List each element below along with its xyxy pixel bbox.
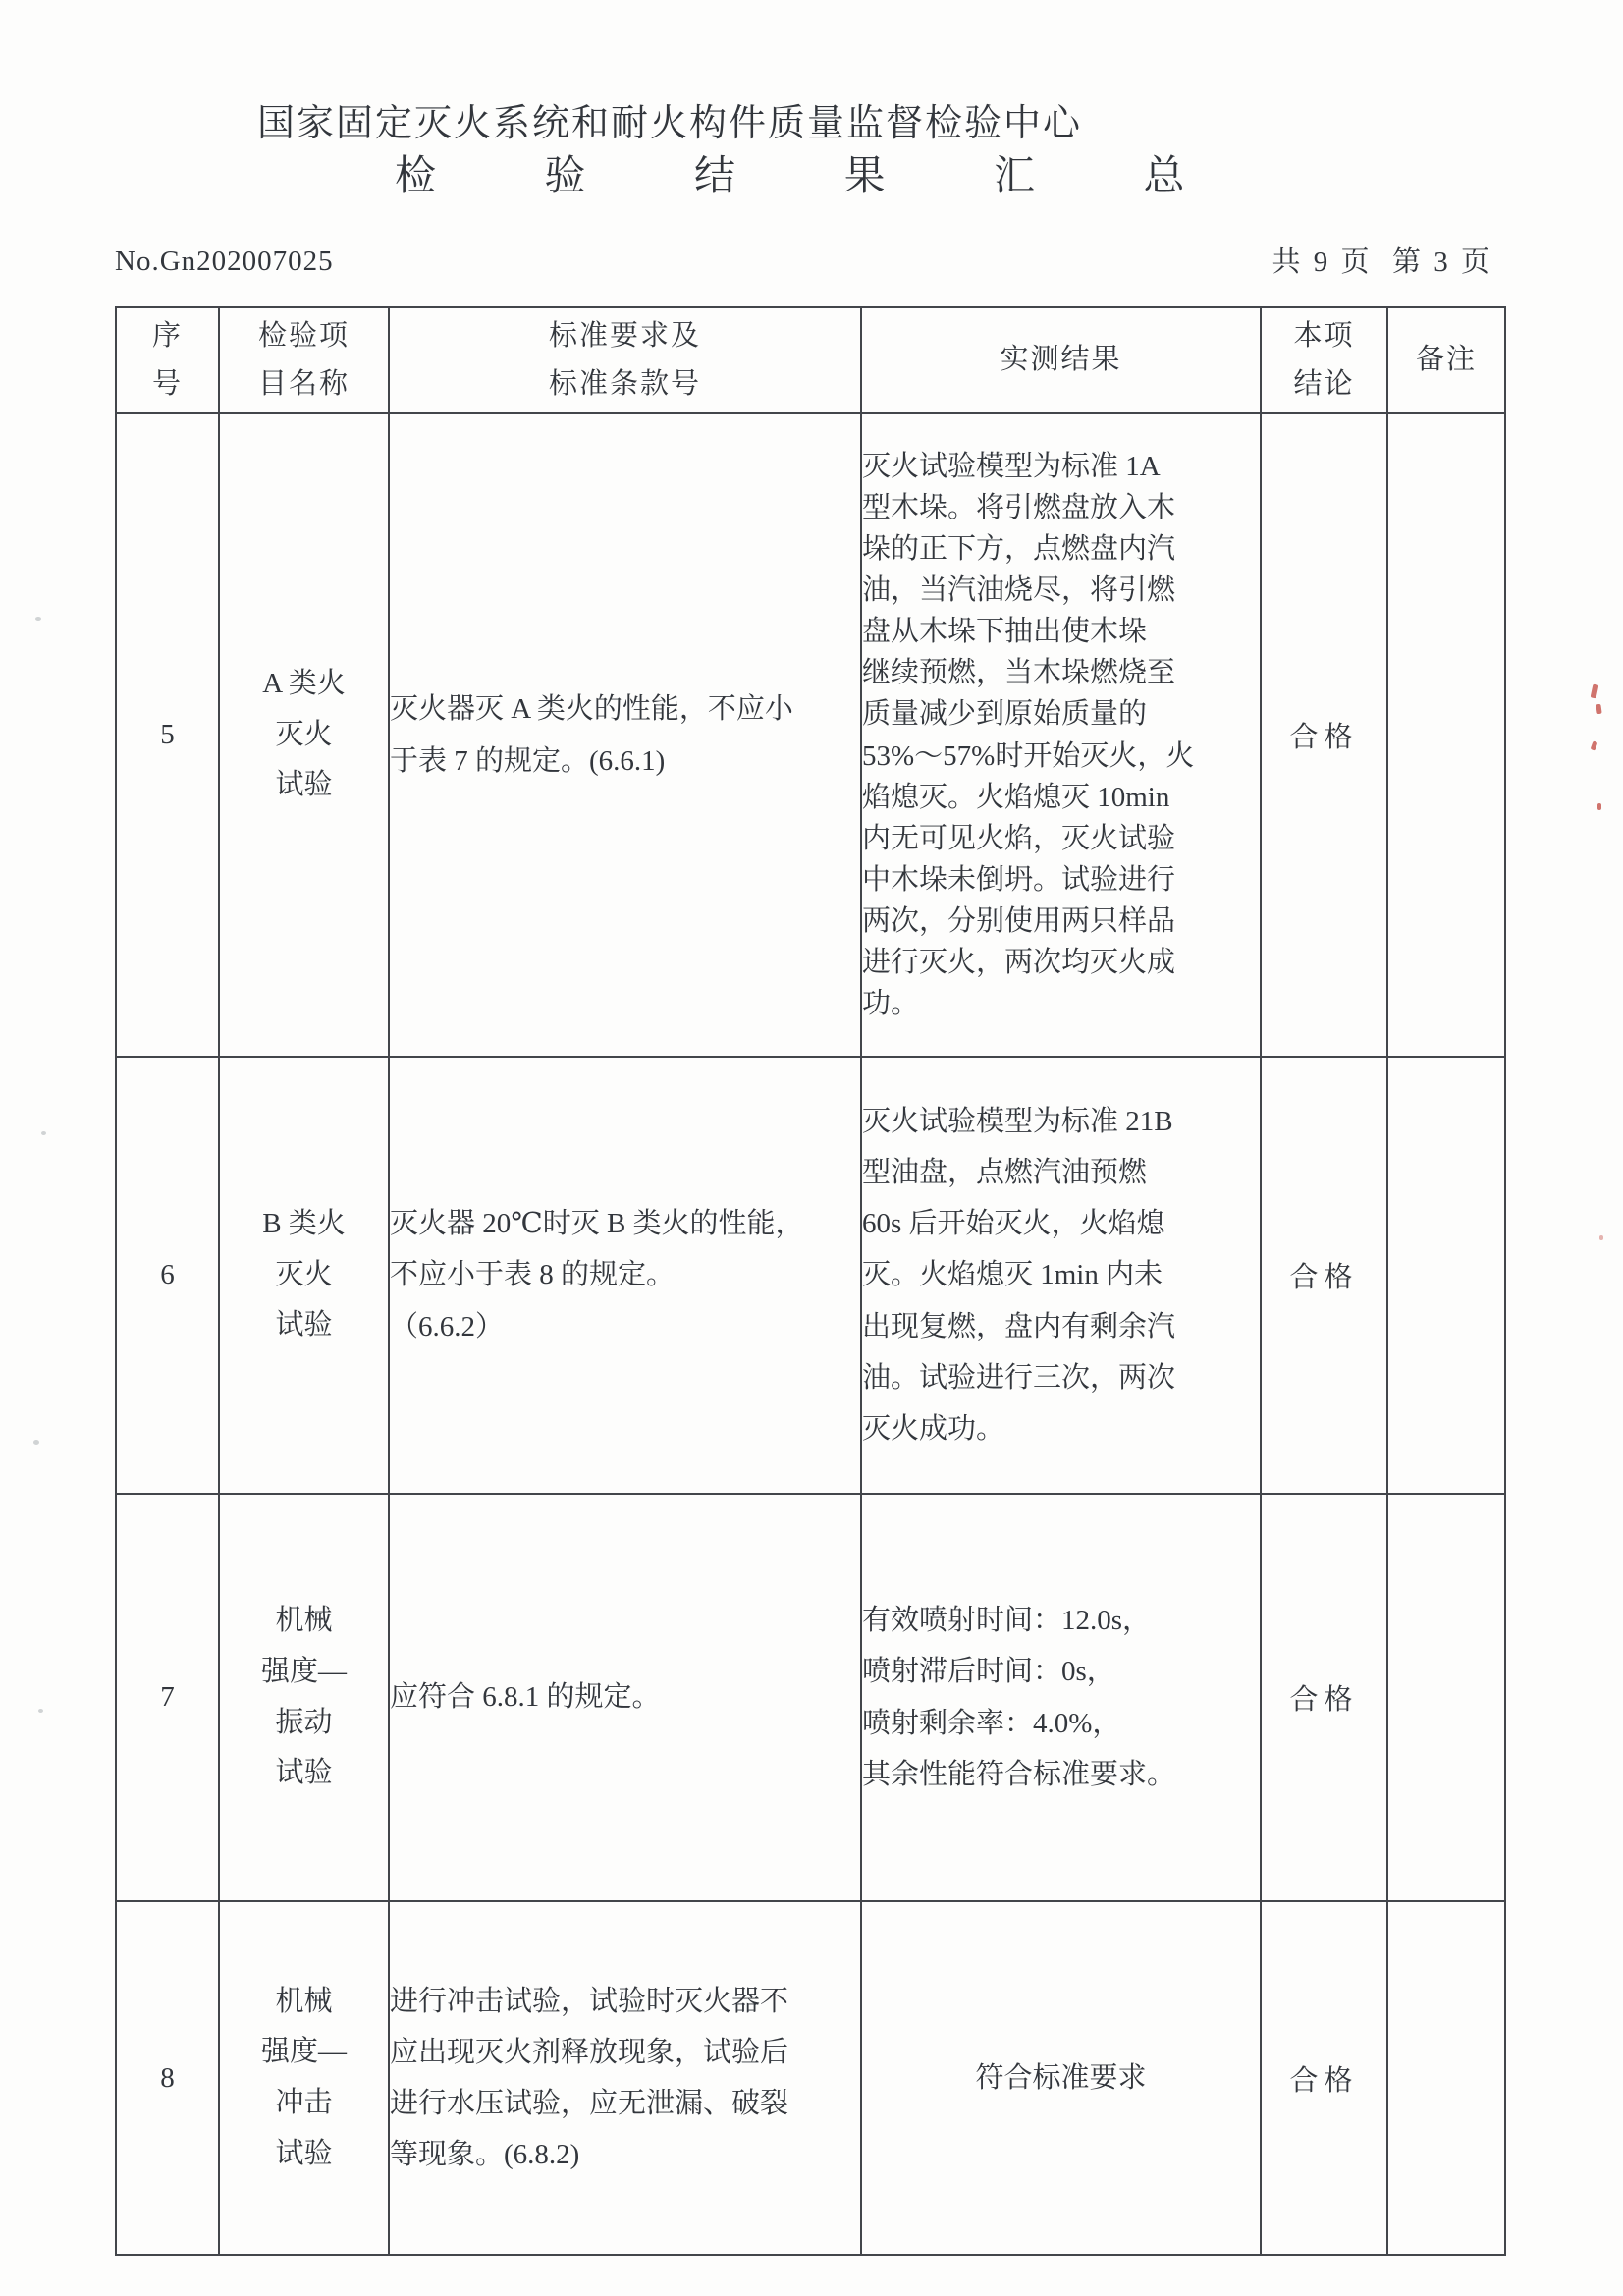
table-row: 6 B 类火 灭火 试验 灭火器 20℃时灭 B 类火的性能， 不应小于表 8 … — [116, 1057, 1505, 1494]
red-ink-speck — [1597, 803, 1601, 810]
row-item-name: B 类火 灭火 试验 — [219, 1057, 389, 1494]
scan-speck — [41, 1131, 46, 1135]
row-seq: 5 — [116, 413, 219, 1057]
row-item-name: 机械 强度— 振动 试验 — [219, 1494, 389, 1901]
scan-speck — [33, 1440, 39, 1445]
table-row: 7 机械 强度— 振动 试验 应符合 6.8.1 的规定。 有效喷射时间：12.… — [116, 1494, 1505, 1901]
row-item-name: A 类火 灭火 试验 — [219, 413, 389, 1057]
row-conclusion: 合格 — [1261, 1494, 1387, 1901]
row-conclusion: 合格 — [1261, 1901, 1387, 2255]
table-row: 5 A 类火 灭火 试验 灭火器灭 A 类火的性能，不应小 于表 7 的规定。(… — [116, 413, 1505, 1057]
row-seq: 7 — [116, 1494, 219, 1901]
row-seq: 8 — [116, 1901, 219, 2255]
row-conclusion: 合格 — [1261, 1057, 1387, 1494]
row-remark — [1387, 1057, 1505, 1494]
row-remark — [1387, 1901, 1505, 2255]
row-seq: 6 — [116, 1057, 219, 1494]
red-ink-speck — [1596, 704, 1601, 715]
row-result: 灭火试验模型为标准 21B 型油盘，点燃汽油预燃 60s 后开始灭火，火焰熄 灭… — [861, 1057, 1261, 1494]
page-subtitle: 检 验 结 果 汇 总 — [395, 143, 1234, 202]
page-title: 国家固定灭火系统和耐火构件质量监督检验中心 — [257, 92, 1082, 146]
row-result: 符合标准要求 — [861, 1901, 1261, 2255]
row-remark — [1387, 413, 1505, 1057]
row-result: 灭火试验模型为标准 1A 型木垛。将引燃盘放入木 垛的正下方，点燃盘内汽 油，当… — [861, 413, 1261, 1057]
col-header-seq: 序 号 — [116, 307, 219, 413]
row-remark — [1387, 1494, 1505, 1901]
row-result: 有效喷射时间：12.0s， 喷射滞后时间：0s， 喷射剩余率：4.0%， 其余性… — [861, 1494, 1261, 1901]
col-header-requirement: 标准要求及 标准条款号 — [389, 307, 861, 413]
row-requirement: 应符合 6.8.1 的规定。 — [389, 1494, 861, 1901]
inspection-report-page: 国家固定灭火系统和耐火构件质量监督检验中心 检 验 结 果 汇 总 No.Gn2… — [0, 0, 1623, 2296]
table-header-row: 序 号 检验项 目名称 标准要求及 标准条款号 实测结果 本项 结论 备注 — [116, 307, 1505, 413]
scan-speck — [35, 617, 41, 621]
table-row: 8 机械 强度— 冲击 试验 进行冲击试验，试验时灭火器不 应出现灭火剂释放现象… — [116, 1901, 1505, 2255]
col-header-conclusion: 本项 结论 — [1261, 307, 1387, 413]
row-requirement: 进行冲击试验，试验时灭火器不 应出现灭火剂释放现象，试验后 进行水压试验，应无泄… — [389, 1901, 861, 2255]
row-requirement: 灭火器灭 A 类火的性能，不应小 于表 7 的规定。(6.6.1) — [389, 413, 861, 1057]
scan-speck — [38, 1709, 43, 1713]
red-ink-speck — [1591, 684, 1599, 699]
report-number: No.Gn202007025 — [115, 246, 334, 278]
row-requirement: 灭火器 20℃时灭 B 类火的性能， 不应小于表 8 的规定。 （6.6.2） — [389, 1057, 861, 1494]
red-ink-speck — [1591, 740, 1598, 750]
col-header-item: 检验项 目名称 — [219, 307, 389, 413]
page-number-info: 共 9 页 第 3 页 — [1271, 240, 1492, 280]
red-ink-speck — [1599, 1235, 1603, 1240]
row-item-name: 机械 强度— 冲击 试验 — [219, 1901, 389, 2255]
col-header-remark: 备注 — [1387, 307, 1505, 413]
row-conclusion: 合格 — [1261, 413, 1387, 1057]
col-header-result: 实测结果 — [861, 307, 1261, 413]
results-table: 序 号 检验项 目名称 标准要求及 标准条款号 实测结果 本项 结论 备注 5 … — [115, 306, 1506, 2256]
